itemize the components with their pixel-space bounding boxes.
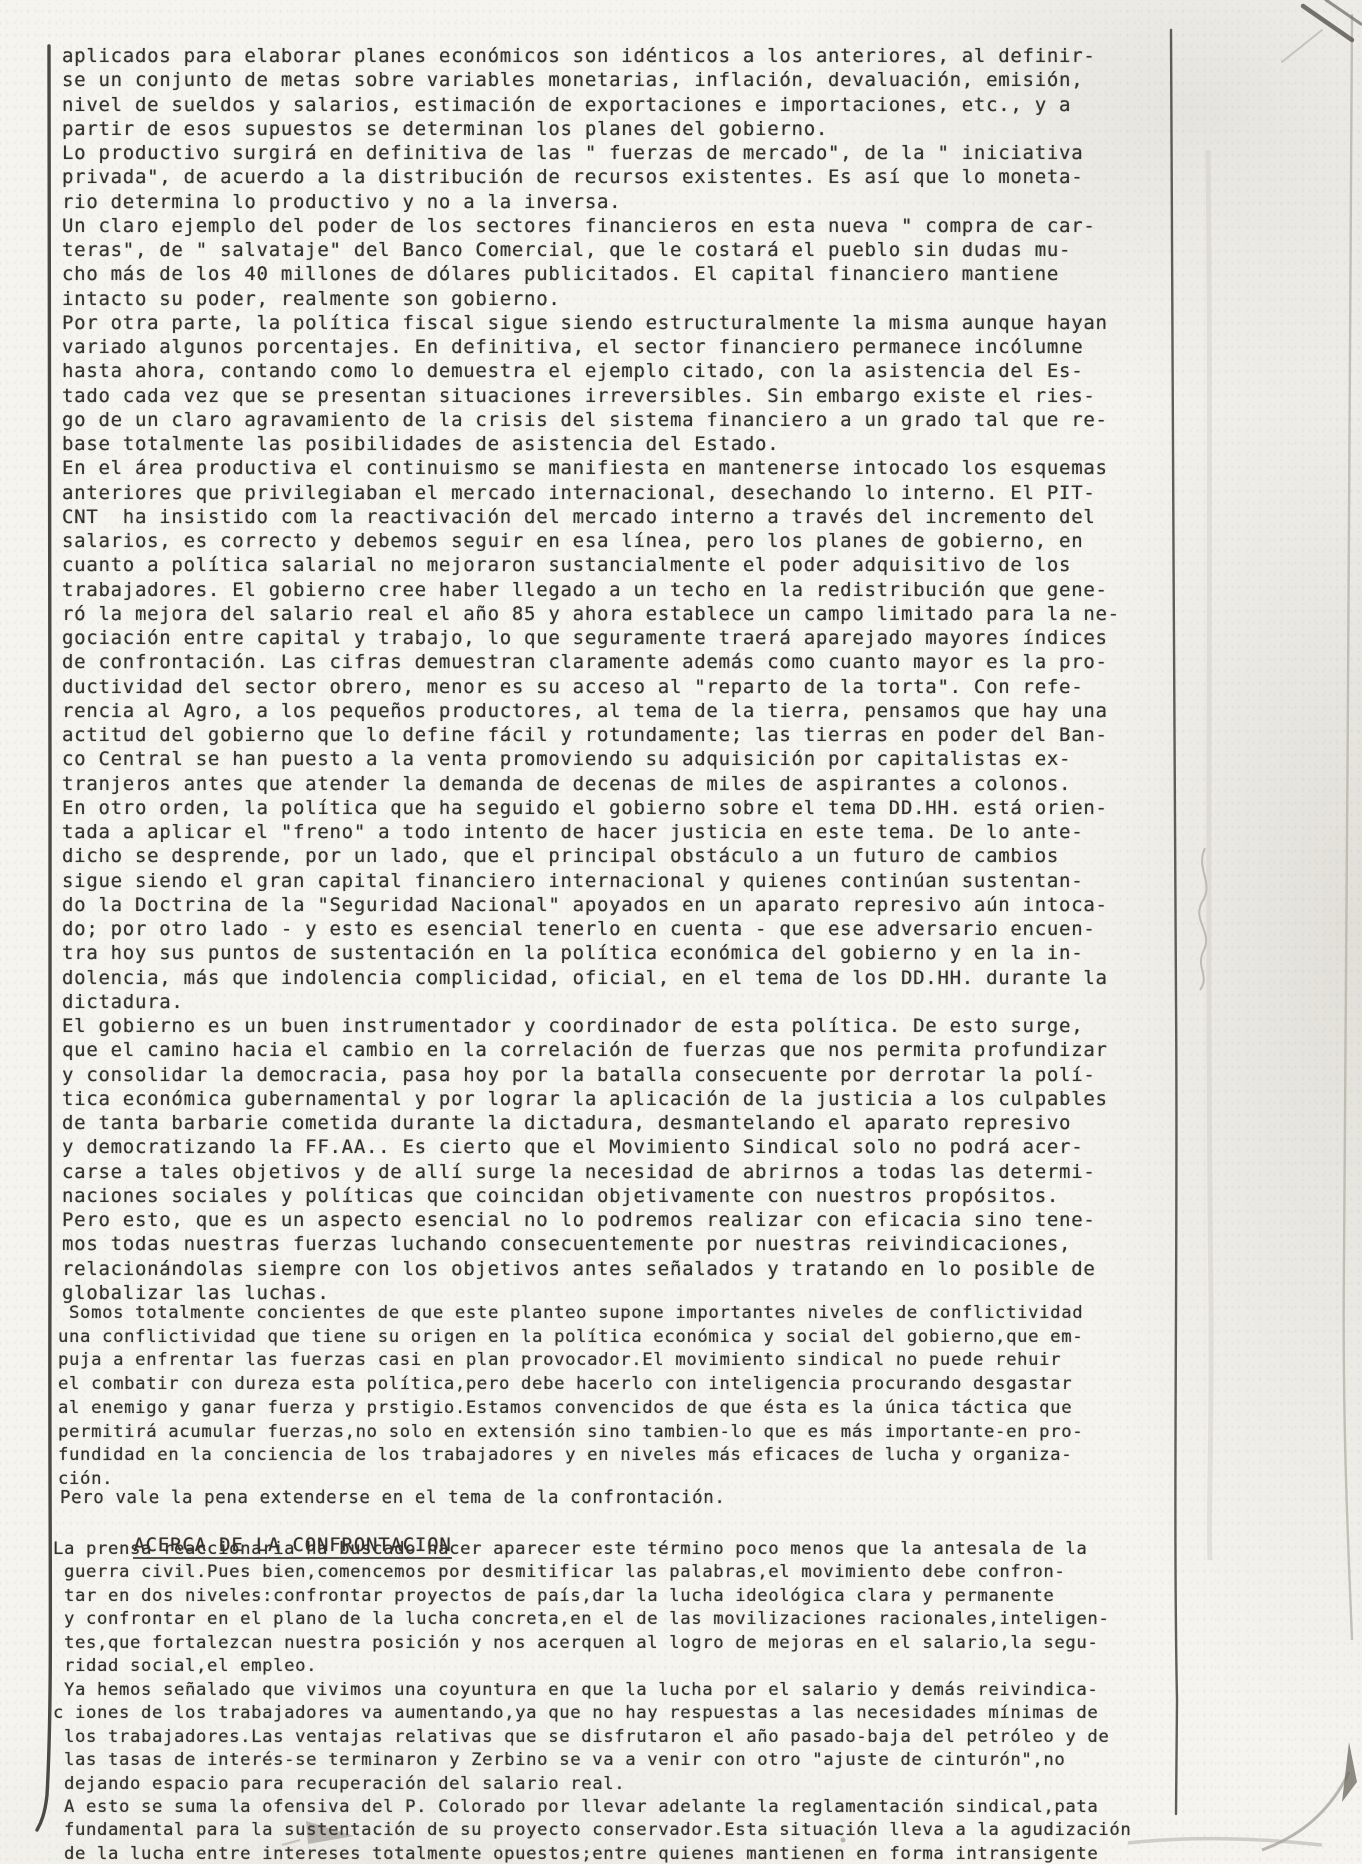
typewritten-line: nivel de sueldos y salarios, estimación …: [62, 93, 1120, 117]
typewritten-line: intacto su poder, realmente son gobierno…: [62, 287, 1120, 311]
typewritten-line: dolencia, más que indolencia complicidad…: [62, 966, 1120, 990]
typewritten-line: se un conjunto de metas sobre variables …: [62, 68, 1120, 92]
typewritten-line: tes,que fortalezcan nuestra posición y n…: [53, 1632, 1131, 1655]
typewritten-line: Un claro ejemplo del poder de los sector…: [62, 214, 1120, 238]
typewritten-line: mos todas nuestras fuerzas luchando cons…: [62, 1232, 1120, 1256]
typewritten-line: tado cada vez que se presentan situacion…: [62, 384, 1120, 408]
typewritten-line: fundidad en la conciencia de los trabaja…: [58, 1444, 1083, 1468]
typewritten-line: ridad social,el empleo.: [53, 1655, 1131, 1678]
typewritten-line: puja a enfrentar las fuerzas casi en pla…: [58, 1349, 1083, 1373]
typewritten-line: hasta ahora, contando como lo demuestra …: [62, 359, 1120, 383]
typewritten-line: de la lucha entre intereses totalmente o…: [53, 1843, 1131, 1864]
typewritten-line: dictadura.: [62, 990, 1120, 1014]
typewritten-line: naciones sociales y políticas que coinci…: [62, 1184, 1120, 1208]
typewritten-line: y consolidar la democracia, pasa hoy por…: [62, 1063, 1120, 1087]
typewritten-line: privada", de acuerdo a la distribución d…: [62, 165, 1120, 189]
typewritten-line: trabajadores. El gobierno cree haber lle…: [62, 578, 1120, 602]
typewritten-line: permitirá acumular fuerzas,no solo en ex…: [58, 1421, 1083, 1445]
typewritten-line: partir de esos supuestos se determinan l…: [62, 117, 1120, 141]
typewritten-line: A esto se suma la ofensiva del P. Colora…: [53, 1796, 1131, 1819]
typewritten-line: dicho se desprende, por un lado, que el …: [62, 844, 1120, 868]
typewritten-line: de confrontación. Las cifras demuestran …: [62, 650, 1120, 674]
typewritten-line: gociación entre capital y trabajo, lo qu…: [62, 626, 1120, 650]
typewritten-line: las tasas de interés-se terminaron y Zer…: [53, 1749, 1131, 1772]
typewritten-line: Lo productivo surgirá en definitiva de l…: [62, 141, 1120, 165]
typewritten-line: teras", de " salvataje" del Banco Comerc…: [62, 238, 1120, 262]
typewritten-line: En el área productiva el continuismo se …: [62, 456, 1120, 480]
corner-fold-mark-top: [1303, 6, 1352, 40]
typewritten-line: Por otra parte, la política fiscal sigue…: [62, 311, 1120, 335]
left-margin-line: [37, 46, 50, 1830]
typewritten-line: tar en dos niveles:confrontar proyectos …: [53, 1585, 1131, 1608]
typewritten-line: CNT ha insistido com la reactivación del…: [62, 505, 1120, 529]
typewritten-line: co Central se han puesto a la venta prom…: [62, 747, 1120, 771]
typewritten-line: dejando espacio para recuperación del sa…: [53, 1773, 1131, 1796]
typewritten-line: El gobierno es un buen instrumentador y …: [62, 1014, 1120, 1038]
typewritten-line: tranjeros antes que atender la demanda d…: [62, 772, 1120, 796]
bottom-streak: [1128, 1839, 1322, 1845]
typewritten-line: ró la mejora del salario real el año 85 …: [62, 602, 1120, 626]
scanned-document-page: aplicados para elaborar planes económico…: [0, 0, 1362, 1864]
typewritten-line: de tanta barbarie cometida durante la di…: [62, 1111, 1120, 1135]
typewritten-line: tada a aplicar el "freno" a todo intento…: [62, 820, 1120, 844]
confrontation-paragraphs: La prensa reaccionaria ha buscado hacer …: [53, 1538, 1131, 1864]
typewritten-line: La prensa reaccionaria ha buscado hacer …: [53, 1538, 1131, 1561]
typewritten-line: salarios, es correcto y debemos seguir e…: [62, 529, 1120, 553]
addendum-paragraph: Somos totalmente concientes de que este …: [58, 1302, 1083, 1492]
typewritten-line: una conflictividad que tiene su origen e…: [58, 1326, 1083, 1350]
typewritten-line: base totalmente las posibilidades de asi…: [62, 432, 1120, 456]
typewritten-line: do; por otro lado - y esto es esencial t…: [62, 917, 1120, 941]
typewritten-line: tica económica gubernamental y por logra…: [62, 1087, 1120, 1111]
typewritten-line: actitud del gobierno que lo define fácil…: [62, 723, 1120, 747]
main-body-paragraphs: aplicados para elaborar planes económico…: [62, 44, 1120, 1305]
typewritten-line: En otro orden, la política que ha seguid…: [62, 796, 1120, 820]
typewritten-line: sigue siendo el gran capital financiero …: [62, 869, 1120, 893]
typewritten-line: fundamental para la sustentación de su p…: [53, 1819, 1131, 1842]
bottom-right-wedge: [1342, 1742, 1357, 1802]
typewritten-line: relacionándolas siempre con los objetivo…: [62, 1257, 1120, 1281]
typewritten-line: los trabajadores.Las ventajas relativas …: [53, 1726, 1131, 1749]
typewritten-line: variado algunos porcentajes. En definiti…: [62, 335, 1120, 359]
typewritten-line: que el camino hacia el cambio en la corr…: [62, 1038, 1120, 1062]
typewritten-line: ductividad del sector obrero, menor es s…: [62, 675, 1120, 699]
typewritten-line: cho más de los 40 millones de dólares pu…: [62, 262, 1120, 286]
typewritten-line: Somos totalmente concientes de que este …: [58, 1302, 1083, 1326]
typewritten-line: aplicados para elaborar planes económico…: [62, 44, 1120, 68]
interlude-line: Pero vale la pena extenderse en el tema …: [60, 1488, 725, 1508]
typewritten-line: tra hoy sus puntos de sustentación en la…: [62, 941, 1120, 965]
typewritten-line: do la Doctrina de la "Seguridad Nacional…: [62, 893, 1120, 917]
right-fold-line: [1171, 30, 1177, 1814]
typewritten-line: al enemigo y ganar fuerza y prstigio.Est…: [58, 1397, 1083, 1421]
typewritten-line: rio determina lo productivo y no a la in…: [62, 190, 1120, 214]
typewritten-line: cuanto a política salarial no mejoraron …: [62, 553, 1120, 577]
corner-fold-mark-top2: [1326, 0, 1361, 24]
typewritten-line: go de un claro agravamiento de la crisis…: [62, 408, 1120, 432]
typewritten-line: el combatir con dureza esta política,per…: [58, 1373, 1083, 1397]
margin-streak: [1208, 150, 1211, 1560]
typewritten-line: carse a tales objetivos y de allí surge …: [62, 1160, 1120, 1184]
paper-edge-line: [1344, 14, 1352, 1640]
margin-squiggle: [1199, 848, 1206, 990]
typewritten-line: guerra civil.Pues bien,comencemos por de…: [53, 1561, 1131, 1584]
typewritten-line: anteriores que privilegiaban el mercado …: [62, 481, 1120, 505]
typewritten-line: Pero esto, que es un aspecto esencial no…: [62, 1208, 1120, 1232]
typewritten-line: c iones de los trabajadores va aumentand…: [53, 1702, 1131, 1725]
bottom-right-crease: [1262, 1772, 1349, 1850]
typewritten-line: rencia al Agro, a los pequeños productor…: [62, 699, 1120, 723]
typewritten-line: Ya hemos señalado que vivimos una coyunt…: [53, 1679, 1131, 1702]
corner-fold-mark-top3: [1282, 30, 1322, 62]
typewritten-line: y democratizando la FF.AA.. Es cierto qu…: [62, 1135, 1120, 1159]
typewritten-line: y confrontar en el plano de la lucha con…: [53, 1608, 1131, 1631]
